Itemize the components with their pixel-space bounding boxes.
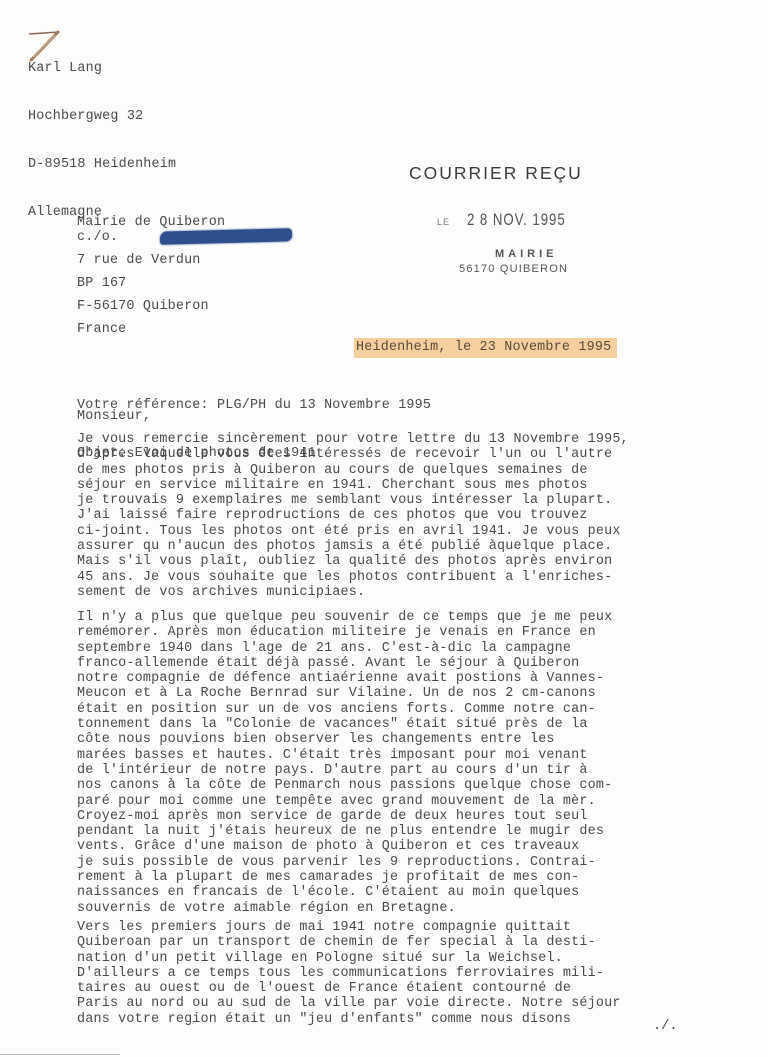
text-line: ci-joint. Tous les photos ont été pris e… (77, 524, 629, 539)
text-line: remémorer. Après mon éducation militeire… (77, 625, 612, 640)
text-line: Quiberoan par un transport de chemin de … (77, 935, 621, 950)
text-line: Paris au nord ou au sud de la ville par … (77, 996, 621, 1011)
text-line: Vers les premiers jours de mai 1941 notr… (77, 920, 621, 935)
text-line: D'ailleurs a ce temps tous les communica… (77, 966, 621, 981)
salutation: Monsieur, (77, 409, 151, 424)
text-line: Je vous remercie sincèrement pour votre … (77, 432, 629, 447)
text-line: vents. Grâce d'une maison de photo à Qui… (77, 839, 612, 854)
text-line: paré pour moi comme une tempête avec gra… (77, 794, 612, 809)
handwritten-strike-mark (25, 30, 65, 64)
text-line: je trouvais 9 exemplaires me semblant vo… (77, 493, 629, 508)
recipient-address: Mairie de Quiberon c./o. 7 rue de Verdun… (77, 215, 93, 320)
text-line: je suis possible de vous parvenir les 9 … (77, 855, 612, 870)
text-line: Croyez-moi après mon service de garde de… (77, 809, 612, 824)
text-line: septembre 1940 dans l'age de 21 ans. C'e… (77, 641, 612, 656)
continuation-mark: ./. (653, 1019, 678, 1034)
text-line: nos canons à la côte de Penmarch nous pa… (77, 778, 612, 793)
recipient-po-box: BP 167 (77, 276, 126, 291)
text-line: souvernis de votre aimable région en Bre… (77, 901, 612, 916)
text-line: taires au ouest ou de l'ouest de France … (77, 981, 621, 996)
text-line: de mes photos pris à Quiberon au cours d… (77, 463, 629, 478)
paragraph-3: Vers les premiers jours de mai 1941 notr… (77, 920, 621, 1027)
text-line: franco-allemende était déjà passé. Avant… (77, 656, 612, 671)
recipient-street: 7 rue de Verdun (77, 253, 201, 268)
stamp-city: 56170 QUIBERON (459, 263, 568, 275)
text-line: tonnement dans la "Colonie de vacances" … (77, 717, 612, 732)
text-line: pendant la nuit j'étais heureux de ne pl… (77, 824, 612, 839)
paragraph-2: Il n'y a plus que quelque peu souvenir d… (77, 610, 612, 916)
text-line: notre compagnie de défence antiaérienne … (77, 671, 612, 686)
text-line: assurer qu n'aucun des photos jamsis a é… (77, 539, 629, 554)
text-line: de l'intérieur de notre pays. D'autre pa… (77, 763, 612, 778)
text-line: rement à la plupart de mes camarades je … (77, 870, 612, 885)
text-line: sement de vos archives municipiaes. (77, 585, 629, 600)
text-line: marées basses et hautes. C'était très im… (77, 748, 612, 763)
page-edge-line (0, 1054, 120, 1055)
text-line: dans votre region était un "jeu d'enfant… (77, 1012, 621, 1027)
sender-street: Hochbergweg 32 (28, 109, 176, 125)
letter-date: Heidenheim, le 23 Novembre 1995 (354, 338, 617, 358)
text-line: côte nous pouvions bien observer les cha… (77, 732, 612, 747)
text-line: Mais s'il vous plaît, oubliez la qualité… (77, 554, 629, 569)
paragraph-1: Je vous remercie sincèrement pour votre … (77, 432, 629, 600)
recipient-care-of: c./o. (77, 230, 118, 245)
text-line: Il n'y a plus que quelque peu souvenir d… (77, 610, 612, 625)
stamp-date: 2 8 NOV. 1995 (467, 210, 566, 230)
text-line: naissances en francais de l'école. C'éta… (77, 885, 612, 900)
text-line: Meucon et à La Roche Bernrad sur Vilaine… (77, 686, 612, 701)
stamp-title: COURRIER REÇU (409, 163, 583, 184)
text-line: 45 ans. Je vous souhaite que les photos … (77, 570, 629, 585)
stamp-le-label: LE (437, 217, 450, 227)
text-line: d'apres laquelle vous êtes intéressés de… (77, 447, 629, 462)
recipient-name: Mairie de Quiberon (77, 215, 225, 230)
text-line: séjour en service militaire en 1941. Che… (77, 478, 629, 493)
stamp-institution: MAIRIE (495, 248, 558, 260)
recipient-country: France (77, 322, 126, 337)
text-line: nation d'un petit village en Pologne sit… (77, 951, 621, 966)
sender-city: D-89518 Heidenheim (28, 157, 176, 173)
text-line: J'ai laissé faire reprodructions de ces … (77, 508, 629, 523)
redaction-mark (160, 228, 292, 244)
text-line: était en position sur un de vos anciens … (77, 702, 612, 717)
recipient-city: F-56170 Quiberon (77, 299, 209, 314)
